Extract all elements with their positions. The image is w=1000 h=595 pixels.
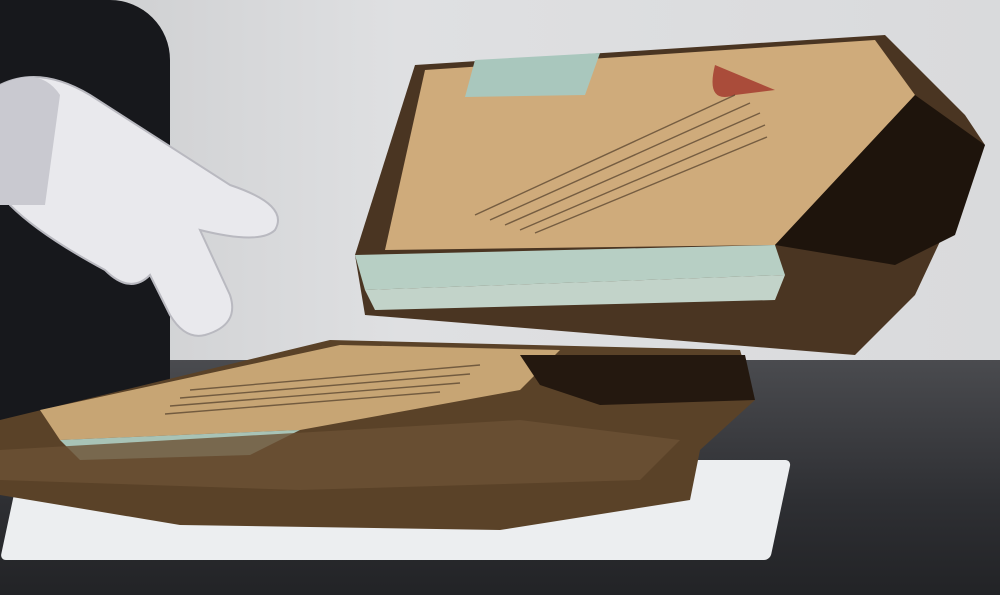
white-gloved-hand (0, 65, 300, 355)
lower-burned-book-block (0, 330, 760, 530)
photo-scene (0, 0, 1000, 595)
upper-burned-book-block (355, 35, 995, 355)
